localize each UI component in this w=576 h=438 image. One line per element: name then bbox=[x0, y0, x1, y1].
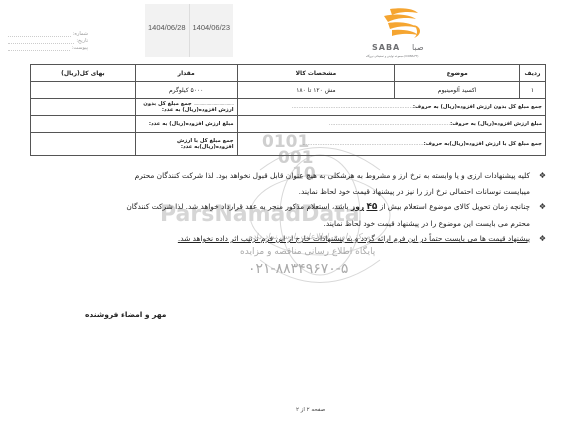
meta-attachment-label: پیوست: bbox=[72, 45, 88, 51]
cell-index: ۱ bbox=[520, 82, 546, 99]
bullet-icon: ❖ bbox=[539, 231, 546, 247]
note-delivery-line-2: محترم می بایست این موضوع را در پیشنهاد ق… bbox=[46, 216, 530, 232]
table-row: ۱ اکسید آلومینیوم مش ۱۲۰ تا ۱۸۰ ۵۰۰۰ کیل… bbox=[31, 82, 546, 99]
meta-attachment-line bbox=[8, 46, 70, 51]
svg-text:SABA: SABA bbox=[372, 43, 400, 52]
note-currency: ❖ کلیه پیشنهادات ارزی و یا وابسته به نرخ… bbox=[46, 168, 546, 199]
meta-number-line bbox=[8, 32, 71, 37]
note-form-required: ❖ پیشنهاد قیمت ها می بایست حتماً در این … bbox=[46, 231, 546, 247]
vat-digits-label: مبلغ ارزش افزوده(ریال) به عدد: bbox=[149, 121, 234, 127]
col-header-subject: موضوع bbox=[395, 65, 520, 82]
total-with-vat-digits-field[interactable]: جمع مبلغ کل با ارزش افزوده(ریال)به عدد: bbox=[135, 133, 237, 156]
total-with-vat-amount[interactable] bbox=[31, 133, 136, 156]
note-currency-line-1: کلیه پیشنهادات ارزی و یا وابسته به نرخ ا… bbox=[46, 168, 530, 184]
note-currency-line-2: میبایست نوسانات احتمالی نرخ ارز را نیز د… bbox=[46, 184, 530, 200]
cell-quantity: ۵۰۰۰ کیلوگرم bbox=[135, 82, 237, 99]
vat-digits-field[interactable]: مبلغ ارزش افزوده(ریال) به عدد: bbox=[135, 116, 237, 133]
vat-amount[interactable] bbox=[31, 116, 136, 133]
sum-without-vat-words-field[interactable]: جمع مبلغ کل بدون ارزش افزوده(ریال) به حر… bbox=[237, 99, 545, 116]
sum-without-vat-digits-field[interactable]: ........................................… bbox=[135, 99, 237, 116]
total-with-vat-words-field[interactable]: جمع مبلغ کل با ارزش افزوده(ریال)به حروف:… bbox=[237, 133, 545, 156]
sum-without-vat-row: جمع مبلغ کل بدون ارزش افزوده(ریال) به حر… bbox=[31, 99, 546, 116]
saba-logo-icon: SABA صبا مجموعه تولیدی و تحقیقاتی نیروگا… bbox=[352, 5, 448, 59]
vat-row: مبلغ ارزش افزوده(ریال) به حروف:.........… bbox=[31, 116, 546, 133]
total-with-vat-digits-label: جمع مبلغ کل با ارزش افزوده(ریال)به عدد: bbox=[177, 138, 234, 150]
note-delivery: ❖ چنانچه زمان تحویل کالای موضوع استعلام … bbox=[46, 199, 546, 231]
start-date: 1404/06/23 bbox=[190, 4, 234, 57]
meta-date-line bbox=[8, 39, 74, 44]
meta-number: شماره: bbox=[8, 30, 88, 37]
sum-without-vat-words-label: جمع مبلغ کل بدون ارزش افزوده(ریال) به حر… bbox=[413, 104, 542, 110]
vat-words-label: مبلغ ارزش افزوده(ریال) به حروف: bbox=[450, 121, 542, 127]
letter-meta: شماره: تاریخ: پیوست: bbox=[8, 30, 88, 51]
terms-notes: ❖ کلیه پیشنهادات ارزی و یا وابسته به نرخ… bbox=[46, 168, 546, 247]
watermark-line-2: پایگاه اطلاع رسانی مناقصه و مزایده bbox=[240, 247, 375, 257]
meta-date: تاریخ: bbox=[8, 37, 88, 44]
meta-number-label: شماره: bbox=[73, 31, 88, 37]
seller-signature-label: مهر و امضاء فروشنده bbox=[85, 310, 166, 319]
end-date: 1404/06/28 bbox=[145, 4, 190, 57]
meta-date-label: تاریخ: bbox=[76, 38, 88, 44]
meta-attachment: پیوست: bbox=[8, 44, 88, 51]
table-header-row: ردیف موضوع مشخصات کالا مقدار بهای کل(ریا… bbox=[31, 65, 546, 82]
cell-spec: مش ۱۲۰ تا ۱۸۰ bbox=[237, 82, 395, 99]
col-header-index: ردیف bbox=[520, 65, 546, 82]
page-number: صفحه ۲ از ۲ bbox=[296, 407, 325, 413]
delivery-days-unit: روز bbox=[351, 202, 364, 211]
total-with-vat-words-label: جمع مبلغ کل با ارزش افزوده(ریال)به حروف: bbox=[424, 141, 542, 147]
col-header-quantity: مقدار bbox=[135, 65, 237, 82]
vat-words-field[interactable]: مبلغ ارزش افزوده(ریال) به حروف:.........… bbox=[237, 116, 545, 133]
saba-logo: SABA صبا مجموعه تولیدی و تحقیقاتی نیروگا… bbox=[352, 5, 448, 59]
col-header-spec: مشخصات کالا bbox=[237, 65, 395, 82]
note-form-required-line-1: پیشنهاد قیمت ها می بایست حتماً در این فر… bbox=[46, 231, 530, 247]
svg-text:مجموعه تولیدی و تحقیقاتی نیروگ: مجموعه تولیدی و تحقیقاتی نیروگاه (ICONS.… bbox=[366, 54, 418, 58]
date-box: 1404/06/23 1404/06/28 bbox=[145, 4, 233, 57]
cell-total-input[interactable] bbox=[31, 82, 136, 99]
watermark-phone: ۰۲۱-۸۸۳۴۹۶۷۰-۵ bbox=[248, 261, 348, 277]
bullet-icon: ❖ bbox=[539, 168, 546, 184]
total-with-vat-row: جمع مبلغ کل با ارزش افزوده(ریال)به حروف:… bbox=[31, 133, 546, 156]
svg-text:صبا: صبا bbox=[412, 43, 424, 52]
price-table: ردیف موضوع مشخصات کالا مقدار بهای کل(ریا… bbox=[30, 64, 546, 156]
delivery-days: ۴۵ bbox=[366, 202, 377, 212]
sum-without-vat-amount[interactable] bbox=[31, 99, 136, 116]
cell-subject: اکسید آلومینیوم bbox=[395, 82, 520, 99]
note-delivery-line-1: چنانچه زمان تحویل کالای موضوع استعلام بی… bbox=[46, 199, 530, 216]
col-header-total: بهای کل(ریال) bbox=[31, 65, 136, 82]
bullet-icon: ❖ bbox=[539, 199, 546, 215]
